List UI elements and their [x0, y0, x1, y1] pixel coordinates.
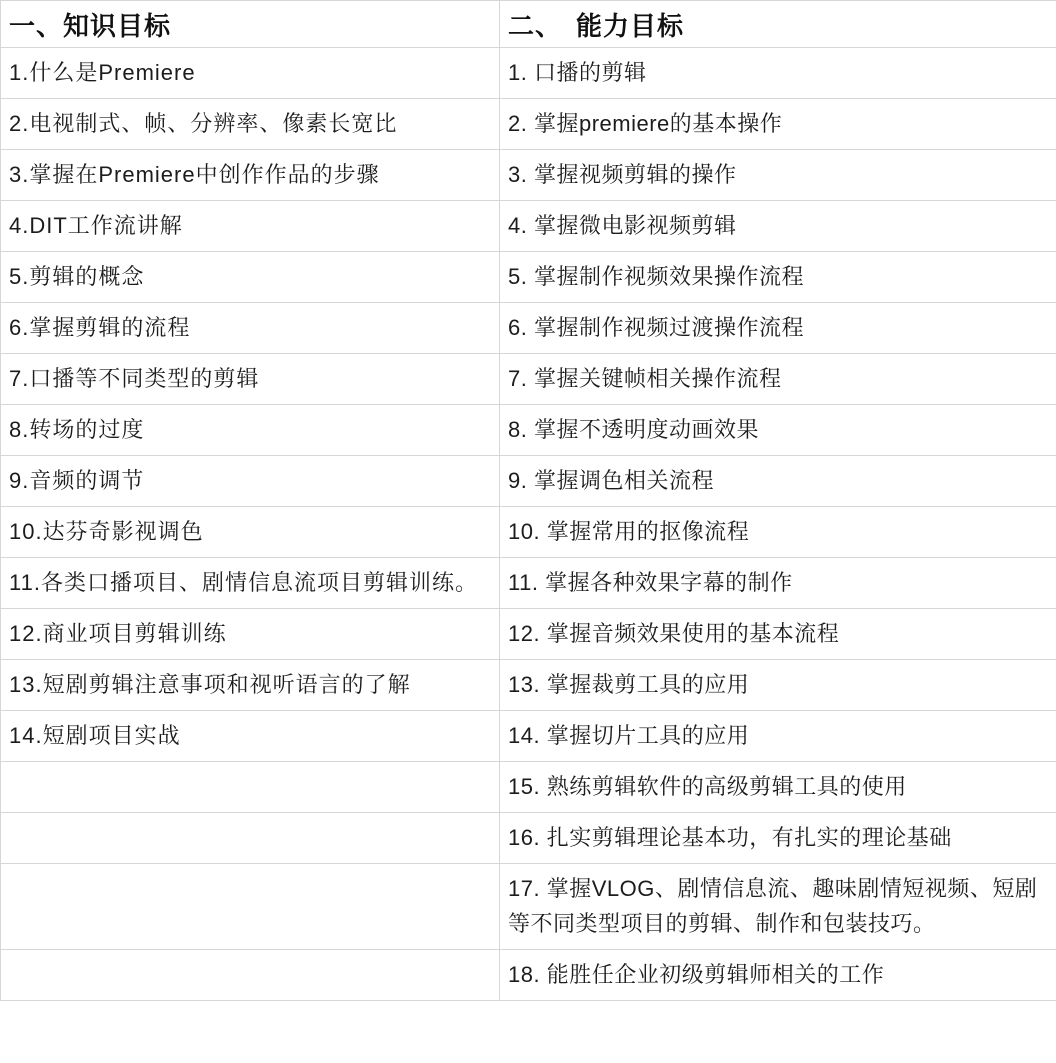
ability-item-cell: 14. 掌握切片工具的应用 [500, 711, 1056, 762]
knowledge-item-cell: 2.电视制式、帧、分辨率、像素长宽比 [1, 99, 500, 150]
table-row: 8.转场的过度 8. 掌握不透明度动画效果 [1, 405, 1056, 456]
knowledge-item-cell-empty [1, 950, 500, 1001]
knowledge-goals-header: 一、知识目标 [1, 1, 500, 48]
ability-item-cell: 17. 掌握VLOG、剧情信息流、趣味剧情短视频、短剧等不同类型项目的剪辑、制作… [500, 864, 1056, 950]
knowledge-item-cell: 10.达芬奇影视调色 [1, 507, 500, 558]
table-row: 15. 熟练剪辑软件的高级剪辑工具的使用 [1, 762, 1056, 813]
table-row: 16. 扎实剪辑理论基本功，有扎实的理论基础 [1, 813, 1056, 864]
knowledge-item-cell-empty [1, 813, 500, 864]
knowledge-item-cell: 3.掌握在Premiere中创作作品的步骤 [1, 150, 500, 201]
table-row: 17. 掌握VLOG、剧情信息流、趣味剧情短视频、短剧等不同类型项目的剪辑、制作… [1, 864, 1056, 950]
knowledge-item-cell-empty [1, 762, 500, 813]
ability-item-cell: 5. 掌握制作视频效果操作流程 [500, 252, 1056, 303]
table-row: 14.短剧项目实战 14. 掌握切片工具的应用 [1, 711, 1056, 762]
knowledge-item-cell: 6.掌握剪辑的流程 [1, 303, 500, 354]
knowledge-item-cell: 8.转场的过度 [1, 405, 500, 456]
table-row: 10.达芬奇影视调色 10. 掌握常用的抠像流程 [1, 507, 1056, 558]
ability-item-cell: 6. 掌握制作视频过渡操作流程 [500, 303, 1056, 354]
table-row: 18. 能胜任企业初级剪辑师相关的工作 [1, 950, 1056, 1001]
course-goals-table: 一、知识目标 二、 能力目标 1.什么是Premiere 1. 口播的剪辑 2.… [0, 0, 1056, 1001]
knowledge-item-cell: 1.什么是Premiere [1, 48, 500, 99]
ability-item-cell: 15. 熟练剪辑软件的高级剪辑工具的使用 [500, 762, 1056, 813]
table-row: 4.DIT工作流讲解 4. 掌握微电影视频剪辑 [1, 201, 1056, 252]
table-row: 2.电视制式、帧、分辨率、像素长宽比 2. 掌握premiere的基本操作 [1, 99, 1056, 150]
ability-item-cell: 18. 能胜任企业初级剪辑师相关的工作 [500, 950, 1056, 1001]
ability-item-cell: 3. 掌握视频剪辑的操作 [500, 150, 1056, 201]
knowledge-item-cell: 9.音频的调节 [1, 456, 500, 507]
table-row: 3.掌握在Premiere中创作作品的步骤 3. 掌握视频剪辑的操作 [1, 150, 1056, 201]
header-row: 一、知识目标 二、 能力目标 [1, 1, 1056, 48]
knowledge-item-cell: 7.口播等不同类型的剪辑 [1, 354, 500, 405]
ability-item-cell: 10. 掌握常用的抠像流程 [500, 507, 1056, 558]
knowledge-item-cell: 5.剪辑的概念 [1, 252, 500, 303]
ability-item-cell: 13. 掌握裁剪工具的应用 [500, 660, 1056, 711]
table-row: 13.短剧剪辑注意事项和视听语言的了解 13. 掌握裁剪工具的应用 [1, 660, 1056, 711]
ability-item-cell: 11. 掌握各种效果字幕的制作 [500, 558, 1056, 609]
table-row: 5.剪辑的概念 5. 掌握制作视频效果操作流程 [1, 252, 1056, 303]
table-row: 1.什么是Premiere 1. 口播的剪辑 [1, 48, 1056, 99]
table-row: 9.音频的调节 9. 掌握调色相关流程 [1, 456, 1056, 507]
document-page: 一、知识目标 二、 能力目标 1.什么是Premiere 1. 口播的剪辑 2.… [0, 0, 1056, 1063]
ability-goals-header: 二、 能力目标 [500, 1, 1056, 48]
ability-item-cell: 16. 扎实剪辑理论基本功，有扎实的理论基础 [500, 813, 1056, 864]
knowledge-item-cell-empty [1, 864, 500, 950]
ability-item-cell: 2. 掌握premiere的基本操作 [500, 99, 1056, 150]
knowledge-item-cell: 4.DIT工作流讲解 [1, 201, 500, 252]
table-row: 11.各类口播项目、剧情信息流项目剪辑训练。 11. 掌握各种效果字幕的制作 [1, 558, 1056, 609]
ability-item-cell: 7. 掌握关键帧相关操作流程 [500, 354, 1056, 405]
ability-item-cell: 9. 掌握调色相关流程 [500, 456, 1056, 507]
knowledge-item-cell: 11.各类口播项目、剧情信息流项目剪辑训练。 [1, 558, 500, 609]
ability-item-cell: 12. 掌握音频效果使用的基本流程 [500, 609, 1056, 660]
knowledge-item-cell: 14.短剧项目实战 [1, 711, 500, 762]
knowledge-item-cell: 13.短剧剪辑注意事项和视听语言的了解 [1, 660, 500, 711]
table-row: 6.掌握剪辑的流程 6. 掌握制作视频过渡操作流程 [1, 303, 1056, 354]
ability-item-cell: 8. 掌握不透明度动画效果 [500, 405, 1056, 456]
ability-item-cell: 1. 口播的剪辑 [500, 48, 1056, 99]
table-row: 12.商业项目剪辑训练 12. 掌握音频效果使用的基本流程 [1, 609, 1056, 660]
ability-item-cell: 4. 掌握微电影视频剪辑 [500, 201, 1056, 252]
table-row: 7.口播等不同类型的剪辑 7. 掌握关键帧相关操作流程 [1, 354, 1056, 405]
knowledge-item-cell: 12.商业项目剪辑训练 [1, 609, 500, 660]
